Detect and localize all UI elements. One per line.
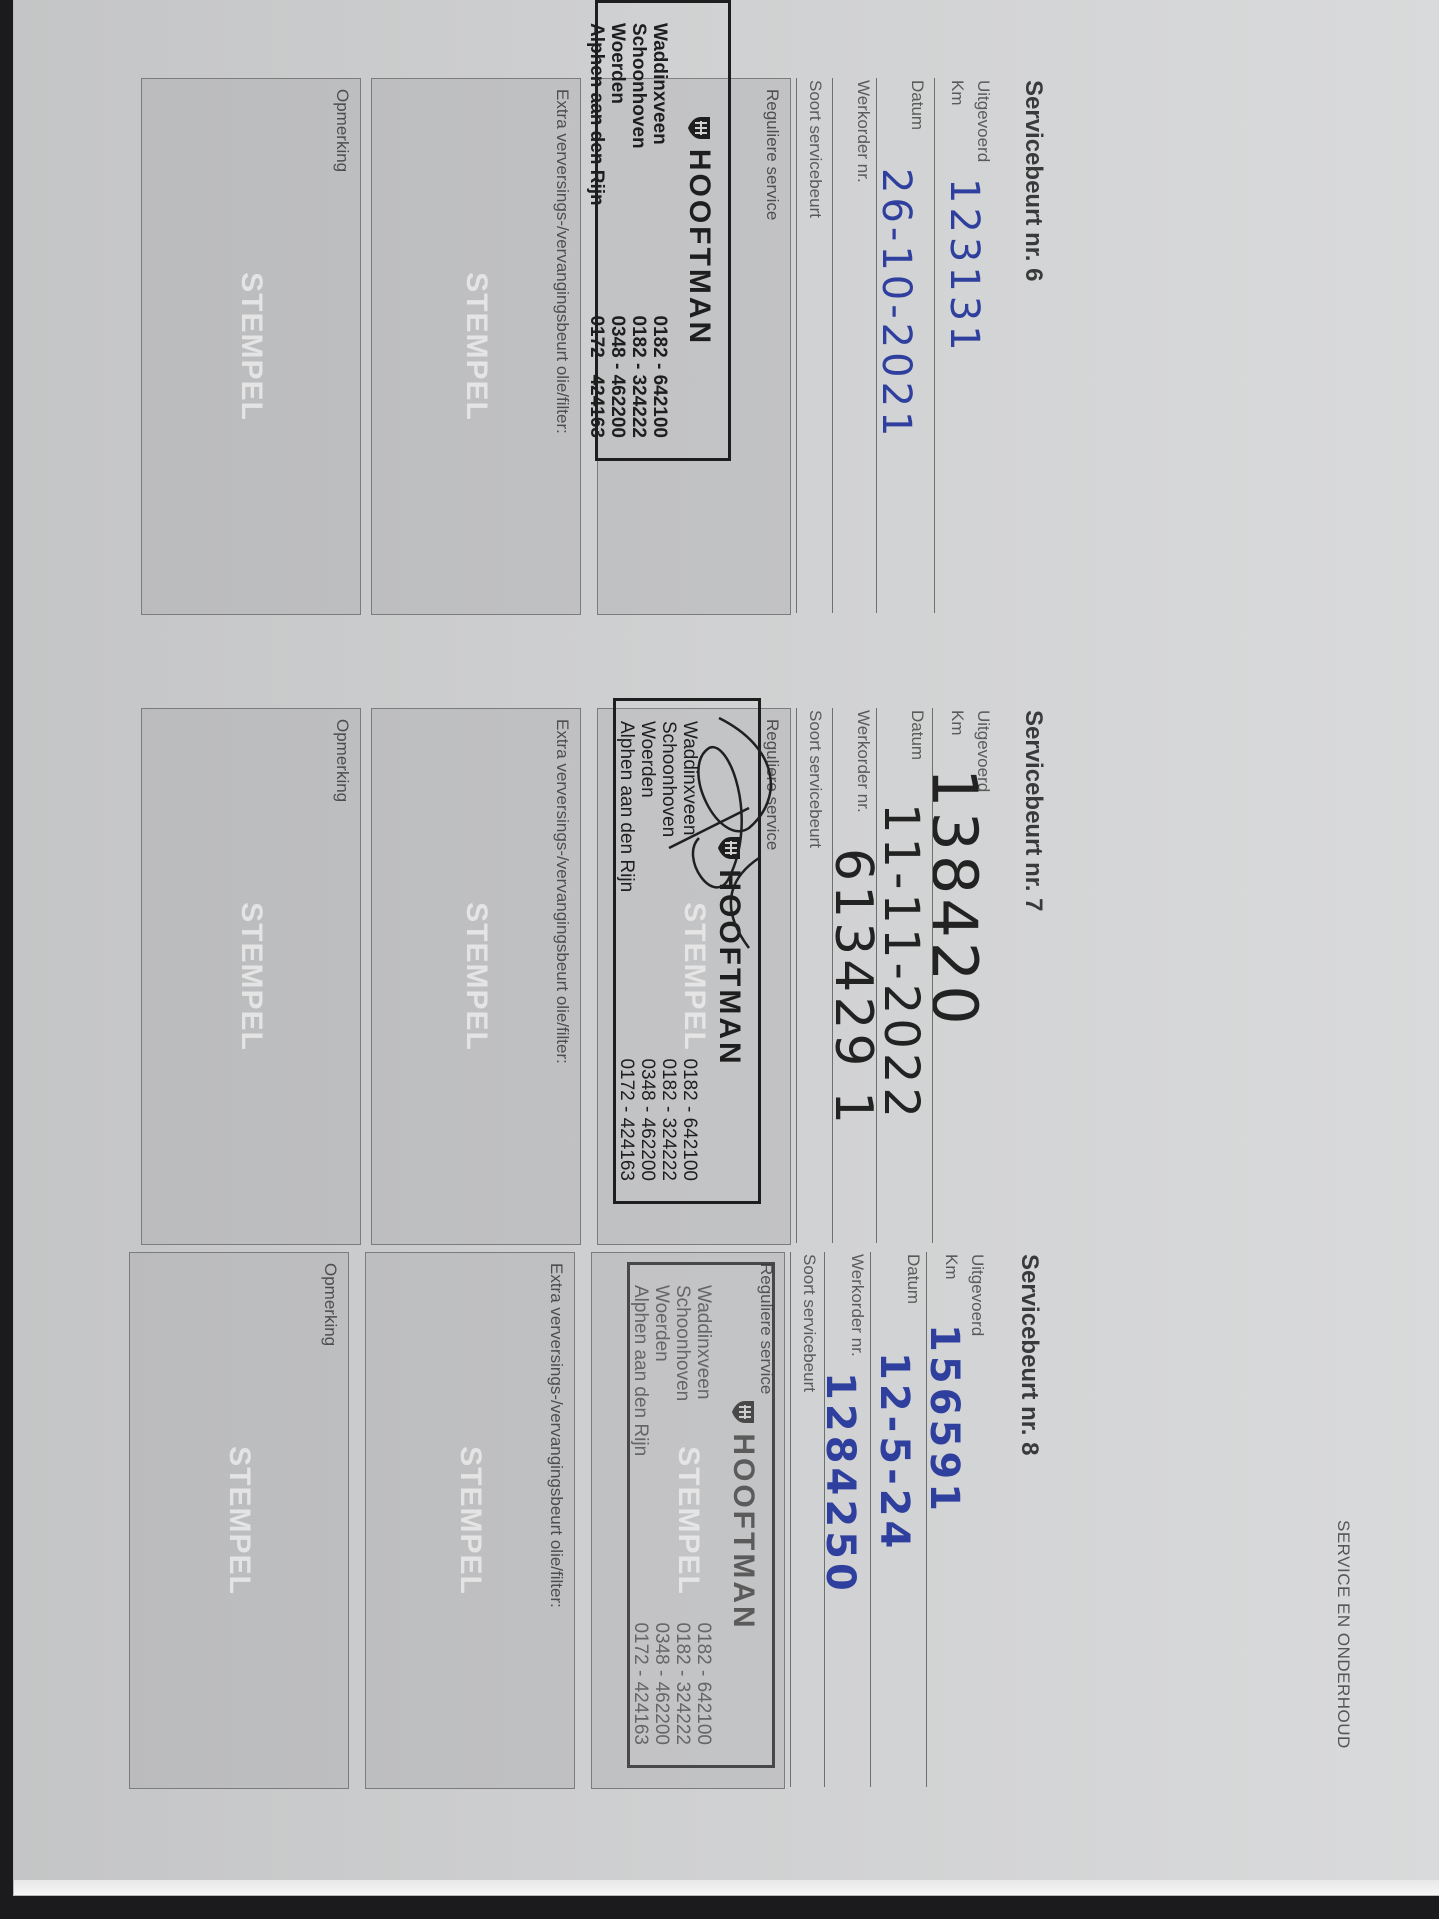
km-value[interactable]: 156591 (921, 1324, 967, 1515)
extra-service-label: Extra verversings-/vervangingsbeurt olie… (546, 1263, 566, 1608)
datum-value[interactable]: 26-10-2021 (873, 168, 919, 440)
dealer-location-row: Alphen aan den Rijn0172 - 424163 (586, 23, 607, 438)
soort-line (790, 1252, 791, 1787)
soort-line (796, 708, 797, 1243)
km-value[interactable]: 123131 (941, 178, 987, 355)
werkorder-line (832, 708, 833, 1243)
stempel-placeholder: STEMPEL (234, 79, 268, 614)
dealer-location-row: Schoonhoven0182 - 324222 (658, 721, 679, 1181)
extra-service-box[interactable]: Extra verversings-/vervangingsbeurt olie… (371, 78, 581, 615)
hooftman-shield-icon (687, 115, 713, 141)
reguliere-service-label: Reguliere service (762, 89, 782, 220)
service-entry-6: Servicebeurt nr. 6 Uitgevoerd Km 123131 … (14, 78, 1439, 643)
dealer-location-row: Waddinxveen0182 - 642100 (679, 721, 700, 1181)
opmerking-label: Opmerking (332, 719, 352, 802)
km-label: Km (947, 80, 967, 106)
service-title: Servicebeurt nr. 8 (1015, 1254, 1043, 1455)
km-label: Km (947, 710, 967, 736)
hooftman-shield-icon (731, 1399, 757, 1425)
dealer-location-row: Alphen aan den Rijn0172 - 424163 (630, 1285, 651, 1745)
werkorder-line (824, 1252, 825, 1787)
extra-service-label: Extra verversings-/vervangingsbeurt olie… (552, 719, 572, 1064)
soort-line (796, 78, 797, 613)
dealer-stamp: HOOFTMAN Waddinxveen0182 - 642100 Schoon… (595, 0, 731, 461)
datum-value[interactable]: 12-5-24 (871, 1352, 917, 1552)
km-line (926, 1252, 927, 1787)
opmerking-box[interactable]: Opmerking STEMPEL (141, 78, 361, 615)
dealer-stamp: HOOFTMAN Waddinxveen0182 - 642100 Schoon… (613, 698, 761, 1204)
opmerking-label: Opmerking (332, 89, 352, 172)
werkorder-label: Werkorder nr. (853, 710, 873, 813)
dealer-location-row: Schoonhoven0182 - 324222 (672, 1285, 693, 1745)
stempel-placeholder: STEMPEL (234, 709, 268, 1244)
dealer-brand: HOOFTMAN (682, 3, 716, 458)
dealer-location-row: Alphen aan den Rijn0172 - 424163 (616, 721, 637, 1181)
dealer-locations: Waddinxveen0182 - 642100 Schoonhoven0182… (616, 721, 700, 1181)
dealer-location-row: Woerden0348 - 462200 (607, 23, 628, 438)
soort-label: Soort servicebeurt (805, 710, 825, 848)
km-line (934, 78, 935, 613)
werkorder-line (832, 78, 833, 613)
dealer-location-row: Waddinxveen0182 - 642100 (693, 1285, 714, 1745)
opmerking-box[interactable]: Opmerking STEMPEL (141, 708, 361, 1245)
extra-service-box[interactable]: Extra verversings-/vervangingsbeurt olie… (371, 708, 581, 1245)
stempel-placeholder: STEMPEL (459, 79, 493, 614)
uitgevoerd-label: Uitgevoerd (967, 1254, 987, 1336)
rotated-stage: SERVICE EN ONDERHOUD Servicebeurt nr. 6 … (0, 0, 1439, 1919)
stempel-placeholder: STEMPEL (459, 709, 493, 1244)
stempel-placeholder: STEMPEL (222, 1253, 256, 1788)
datum-label: Datum (903, 1254, 923, 1304)
stempel-placeholder: STEMPEL (453, 1253, 487, 1788)
service-title: Servicebeurt nr. 6 (1019, 80, 1047, 281)
uitgevoerd-label: Uitgevoerd (973, 80, 993, 162)
dealer-brand: HOOFTMAN (726, 1265, 760, 1765)
datum-line (870, 1252, 871, 1787)
werkorder-label: Werkorder nr. (847, 1254, 867, 1357)
datum-label: Datum (907, 710, 927, 760)
service-booklet-page: SERVICE EN ONDERHOUD Servicebeurt nr. 6 … (14, 0, 1439, 1895)
dealer-location-row: Woerden0348 - 462200 (651, 1285, 672, 1745)
km-line (932, 708, 933, 1243)
reguliere-service-label: Reguliere service (762, 719, 782, 850)
datum-line (876, 78, 877, 613)
extra-service-box[interactable]: Extra verversings-/vervangingsbeurt olie… (365, 1252, 575, 1789)
dealer-stamp: HOOFTMAN Waddinxveen0182 - 642100 Schoon… (627, 1262, 775, 1768)
service-title: Servicebeurt nr. 7 (1019, 710, 1047, 911)
dealer-location-row: Schoonhoven0182 - 324222 (628, 23, 649, 438)
extra-service-label: Extra verversings-/vervangingsbeurt olie… (552, 89, 572, 434)
datum-label: Datum (907, 80, 927, 130)
service-entry-7: Servicebeurt nr. 7 Uitgevoerd Km 138420 … (14, 708, 1439, 1273)
hooftman-shield-icon (717, 835, 743, 861)
dealer-location-row: Woerden0348 - 462200 (637, 721, 658, 1181)
dealer-locations: Waddinxveen0182 - 642100 Schoonhoven0182… (630, 1285, 714, 1745)
soort-label: Soort servicebeurt (799, 1254, 819, 1392)
service-entry-8: Servicebeurt nr. 8 Uitgevoerd Km 156591 … (14, 1252, 1439, 1817)
soort-label: Soort servicebeurt (805, 80, 825, 218)
opmerking-label: Opmerking (320, 1263, 340, 1346)
opmerking-box[interactable]: Opmerking STEMPEL (129, 1252, 349, 1789)
dealer-brand: HOOFTMAN (712, 701, 746, 1201)
dealer-location-row: Waddinxveen0182 - 642100 (649, 23, 670, 438)
km-label: Km (941, 1254, 961, 1280)
dealer-locations: Waddinxveen0182 - 642100 Schoonhoven0182… (586, 23, 670, 438)
werkorder-label: Werkorder nr. (853, 80, 873, 183)
